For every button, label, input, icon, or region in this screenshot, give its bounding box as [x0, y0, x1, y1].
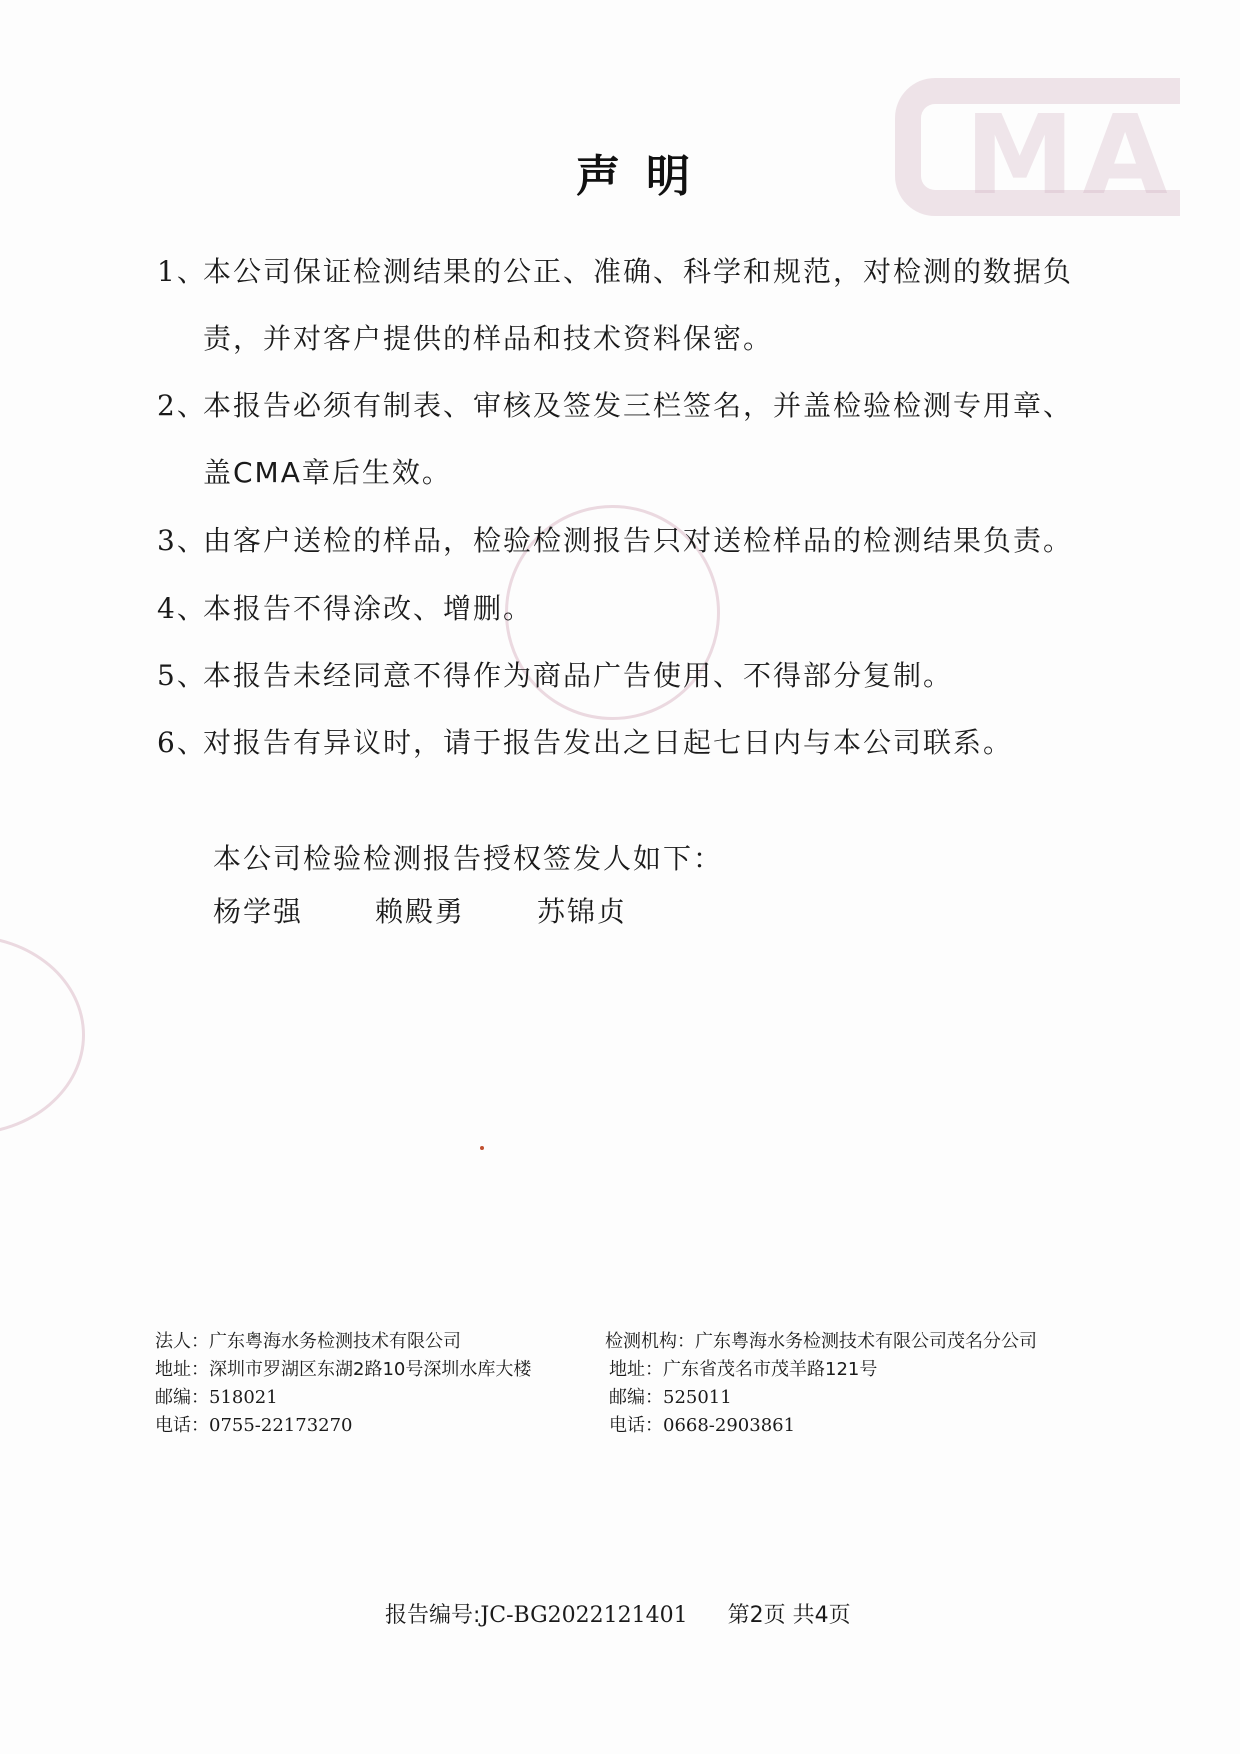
clause-number: 3、 — [157, 527, 203, 555]
clause-text: 对报告有异议时，请于报告发出之日起七日内与本公司联系。 — [203, 726, 1013, 759]
signer-name: 赖殿勇 — [375, 890, 465, 930]
testing-agency-address: 广东省茂名市茂羊路121号 — [663, 1359, 877, 1380]
clause-number: 6、 — [157, 729, 203, 757]
clause-3: 3、由客户送检的样品，检验检测报告只对送检样品的检测结果负责。 — [157, 527, 1073, 555]
report-no-label: 报告编号: — [385, 1603, 480, 1628]
clause-number: 4、 — [157, 595, 203, 623]
legal-entity-phone: 0755-22173270 — [209, 1415, 353, 1436]
clause-text: 本公司保证检测结果的公正、准确、科学和规范，对检测的数据负 — [203, 255, 1073, 288]
testing-agency-address-row: 地址：广东省茂名市茂羊路121号 — [605, 1356, 1037, 1384]
page-info: 第2页 共4页 — [728, 1603, 851, 1628]
report-number: JC-BG2022121401 — [480, 1603, 687, 1628]
label: 邮编： — [609, 1387, 663, 1408]
label: 地址： — [609, 1359, 663, 1380]
clause-5: 5、本报告未经同意不得作为商品广告使用、不得部分复制。 — [157, 662, 953, 690]
legal-entity-address: 深圳市罗湖区东湖2路10号深圳水库大楼 — [209, 1359, 531, 1380]
label: 邮编： — [155, 1387, 209, 1408]
round-seal-faded-left — [0, 935, 85, 1135]
label: 地址： — [155, 1359, 209, 1380]
clause-text: 本报告必须有制表、审核及签发三栏签名，并盖检验检测专用章、 — [203, 389, 1073, 422]
testing-agency-name: 广东粤海水务检测技术有限公司茂名分公司 — [695, 1331, 1037, 1352]
clause-1-continuation: 责，并对客户提供的样品和技术资料保密。 — [203, 325, 773, 353]
testing-agency-postcode-row: 邮编：525011 — [605, 1384, 1037, 1412]
signer-name: 杨学强 — [213, 890, 303, 930]
label: 电话： — [155, 1415, 209, 1436]
testing-agency-postcode: 525011 — [663, 1387, 732, 1408]
testing-agency-phone: 0668-2903861 — [663, 1415, 795, 1436]
label: 法人： — [155, 1331, 209, 1352]
signer-name: 苏锦贞 — [537, 890, 627, 930]
legal-entity-name-row: 法人：广东粤海水务检测技术有限公司 — [155, 1328, 531, 1356]
clause-6: 6、对报告有异议时，请于报告发出之日起七日内与本公司联系。 — [157, 729, 1013, 757]
label: 电话： — [609, 1415, 663, 1436]
legal-entity-address-row: 地址：深圳市罗湖区东湖2路10号深圳水库大楼 — [155, 1356, 531, 1384]
clause-text: 本报告未经同意不得作为商品广告使用、不得部分复制。 — [203, 659, 953, 692]
testing-agency-phone-row: 电话：0668-2903861 — [605, 1412, 1037, 1440]
clause-text: 本报告不得涂改、增删。 — [203, 592, 533, 625]
clause-number: 2、 — [157, 392, 203, 420]
page-title: 声明 — [0, 140, 1240, 204]
label: 检测机构： — [605, 1331, 695, 1352]
testing-agency-info: 检测机构：广东粤海水务检测技术有限公司茂名分公司 地址：广东省茂名市茂羊路121… — [605, 1328, 1037, 1440]
legal-entity-postcode-row: 邮编：518021 — [155, 1384, 531, 1412]
legal-entity-name: 广东粤海水务检测技术有限公司 — [209, 1331, 461, 1352]
clause-number: 5、 — [157, 662, 203, 690]
legal-entity-info: 法人：广东粤海水务检测技术有限公司 地址：深圳市罗湖区东湖2路10号深圳水库大楼… — [155, 1328, 531, 1440]
clause-number: 1、 — [157, 258, 203, 286]
ink-speck — [480, 1146, 484, 1150]
clause-text: 由客户送检的样品，检验检测报告只对送检样品的检测结果负责。 — [203, 524, 1073, 557]
report-footer: 报告编号:JC-BG2022121401第2页 共4页 — [385, 1598, 851, 1629]
clause-1: 1、本公司保证检测结果的公正、准确、科学和规范，对检测的数据负 — [157, 258, 1073, 286]
legal-entity-postcode: 518021 — [209, 1387, 278, 1408]
legal-entity-phone-row: 电话：0755-22173270 — [155, 1412, 531, 1440]
document-page: MA 声明 1、本公司保证检测结果的公正、准确、科学和规范，对检测的数据负 责，… — [0, 0, 1240, 1754]
clause-2-continuation: 盖CMA章后生效。 — [203, 459, 452, 487]
clause-2: 2、本报告必须有制表、审核及签发三栏签名，并盖检验检测专用章、 — [157, 392, 1073, 420]
signers-intro: 本公司检验检测报告授权签发人如下： — [213, 837, 723, 877]
testing-agency-name-row: 检测机构：广东粤海水务检测技术有限公司茂名分公司 — [605, 1328, 1037, 1356]
clause-4: 4、本报告不得涂改、增删。 — [157, 595, 533, 623]
